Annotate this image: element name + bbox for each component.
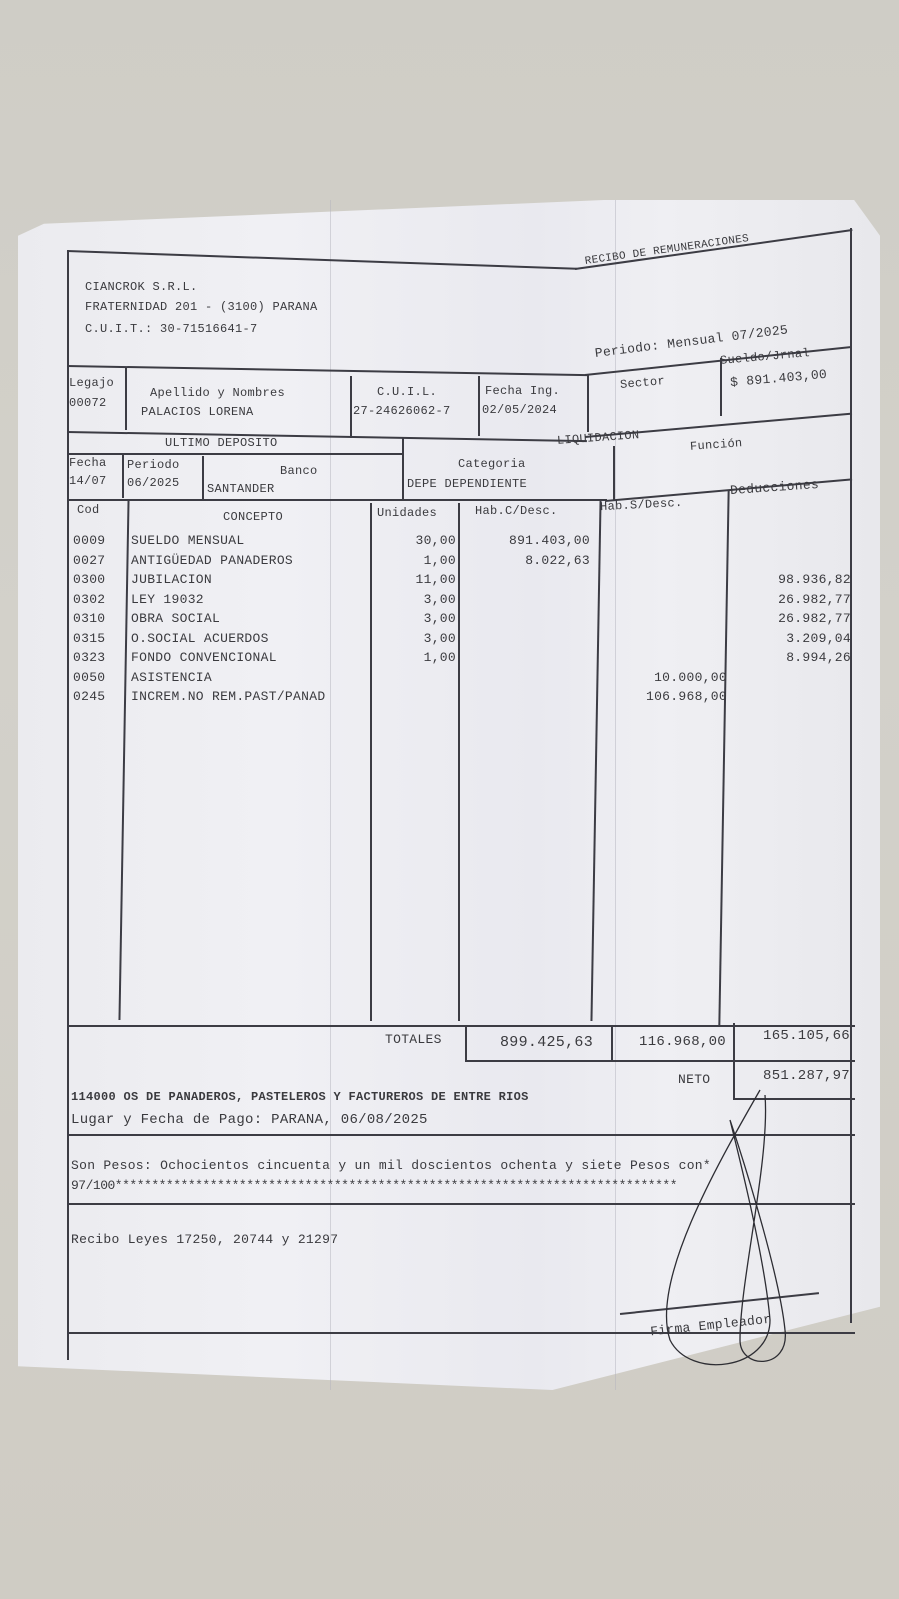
cell-unidades: 11,00 bbox=[370, 572, 456, 587]
total-deducciones: 165.105,66 bbox=[763, 1028, 850, 1044]
row-line bbox=[67, 1025, 855, 1027]
cell-concepto: JUBILACION bbox=[131, 572, 212, 587]
cell-cod: 0027 bbox=[73, 553, 105, 568]
banco-value: SANTANDER bbox=[207, 482, 275, 496]
deposito-periodo: 06/2025 bbox=[127, 476, 180, 490]
col-hab-c: Hab.C/Desc. bbox=[475, 504, 558, 518]
cell-unidades: 3,00 bbox=[370, 631, 456, 646]
totales-label: TOTALES bbox=[385, 1032, 442, 1047]
cell-concepto: FONDO CONVENCIONAL bbox=[131, 650, 277, 665]
cell-concepto: ASISTENCIA bbox=[131, 670, 212, 685]
cell-hab-c: 891.403,00 bbox=[460, 533, 590, 548]
cell-concepto: INCREM.NO REM.PAST/PANAD bbox=[131, 689, 325, 704]
signature-scribble bbox=[640, 1080, 820, 1380]
cell-divider bbox=[202, 456, 204, 500]
cell-deducciones: 26.982,77 bbox=[727, 592, 851, 607]
cell-deducciones: 3.209,04 bbox=[727, 631, 851, 646]
cell-divider bbox=[350, 376, 352, 438]
company-address: FRATERNIDAD 201 - (3100) PARANA bbox=[85, 300, 318, 314]
cell-deducciones: 8.994,26 bbox=[727, 650, 851, 665]
col-concepto: CONCEPTO bbox=[223, 510, 283, 524]
cell-unidades: 3,00 bbox=[370, 611, 456, 626]
cell-concepto: OBRA SOCIAL bbox=[131, 611, 220, 626]
deposito-periodo-label: Periodo bbox=[127, 458, 180, 472]
cell-concepto: ANTIGÜEDAD PANADEROS bbox=[131, 553, 293, 568]
fecha-ing-value: 02/05/2024 bbox=[482, 403, 557, 417]
cuil-value: 27-24626062-7 bbox=[353, 404, 451, 418]
col-cod: Cod bbox=[77, 503, 100, 517]
legajo-label: Legajo bbox=[69, 376, 114, 390]
recibo-leyes: Recibo Leyes 17250, 20744 y 21297 bbox=[71, 1232, 338, 1247]
cell-divider bbox=[125, 368, 127, 430]
cell-unidades: 3,00 bbox=[370, 592, 456, 607]
row-line bbox=[465, 1060, 855, 1062]
cell-cod: 0300 bbox=[73, 572, 105, 587]
cell-divider bbox=[613, 446, 615, 501]
total-hab-s: 116.968,00 bbox=[639, 1034, 726, 1050]
col-divider bbox=[458, 503, 460, 1021]
cell-cod: 0310 bbox=[73, 611, 105, 626]
cell-concepto: SUELDO MENSUAL bbox=[131, 533, 244, 548]
nombre-label: Apellido y Nombres bbox=[150, 386, 285, 400]
cell-hab-c: 8.022,63 bbox=[460, 553, 590, 568]
cell-unidades: 1,00 bbox=[370, 650, 456, 665]
cell-deducciones: 98.936,82 bbox=[727, 572, 851, 587]
categoria-value: DEPE DEPENDIENTE bbox=[407, 477, 527, 491]
cell-hab-s: 106.968,00 bbox=[597, 689, 727, 704]
son-pesos-line2: 97/100**********************************… bbox=[71, 1178, 677, 1193]
row-line bbox=[67, 453, 402, 455]
son-pesos-line1: Son Pesos: Ochocientos cincuenta y un mi… bbox=[71, 1158, 711, 1173]
deposito-fecha: 14/07 bbox=[69, 474, 107, 488]
frame-line bbox=[67, 250, 69, 1360]
cell-cod: 0009 bbox=[73, 533, 105, 548]
total-hab-c: 899.425,63 bbox=[500, 1034, 593, 1051]
cell-cod: 0315 bbox=[73, 631, 105, 646]
cell-divider bbox=[587, 374, 589, 432]
cell-cod: 0050 bbox=[73, 670, 105, 685]
company-cuit: C.U.I.T.: 30-71516641-7 bbox=[85, 322, 258, 336]
cell-divider bbox=[611, 1025, 613, 1060]
banco-label: Banco bbox=[280, 464, 318, 478]
fecha-ing-label: Fecha Ing. bbox=[485, 384, 560, 398]
cell-cod: 0323 bbox=[73, 650, 105, 665]
obra-social: 114000 OS DE PANADEROS, PASTELEROS Y FAC… bbox=[71, 1090, 529, 1104]
cell-cod: 0245 bbox=[73, 689, 105, 704]
nombre-value: PALACIOS LORENA bbox=[141, 405, 254, 419]
cell-divider bbox=[465, 1025, 467, 1060]
categoria-label: Categoria bbox=[458, 457, 526, 471]
col-unidades: Unidades bbox=[377, 506, 437, 520]
cell-divider bbox=[122, 454, 124, 498]
cell-concepto: LEY 19032 bbox=[131, 592, 204, 607]
legajo-value: 00072 bbox=[69, 396, 107, 410]
cell-cod: 0302 bbox=[73, 592, 105, 607]
row-line bbox=[67, 499, 607, 501]
cell-deducciones: 26.982,77 bbox=[727, 611, 851, 626]
lugar-fecha-pago: Lugar y Fecha de Pago: PARANA, 06/08/202… bbox=[71, 1112, 428, 1128]
paper-fold bbox=[330, 200, 331, 1390]
paper-fold bbox=[615, 200, 616, 1390]
ultimo-deposito-label: ULTIMO DEPOSITO bbox=[165, 436, 278, 450]
cell-divider bbox=[478, 376, 480, 436]
cell-hab-s: 10.000,00 bbox=[597, 670, 727, 685]
cell-unidades: 1,00 bbox=[370, 553, 456, 568]
company-name: CIANCROK S.R.L. bbox=[85, 280, 198, 294]
cell-concepto: O.SOCIAL ACUERDOS bbox=[131, 631, 269, 646]
frame-line bbox=[850, 228, 852, 1323]
cell-unidades: 30,00 bbox=[370, 533, 456, 548]
deposito-fecha-label: Fecha bbox=[69, 456, 107, 470]
cuil-label: C.U.I.L. bbox=[377, 385, 437, 399]
cell-divider bbox=[402, 438, 404, 500]
